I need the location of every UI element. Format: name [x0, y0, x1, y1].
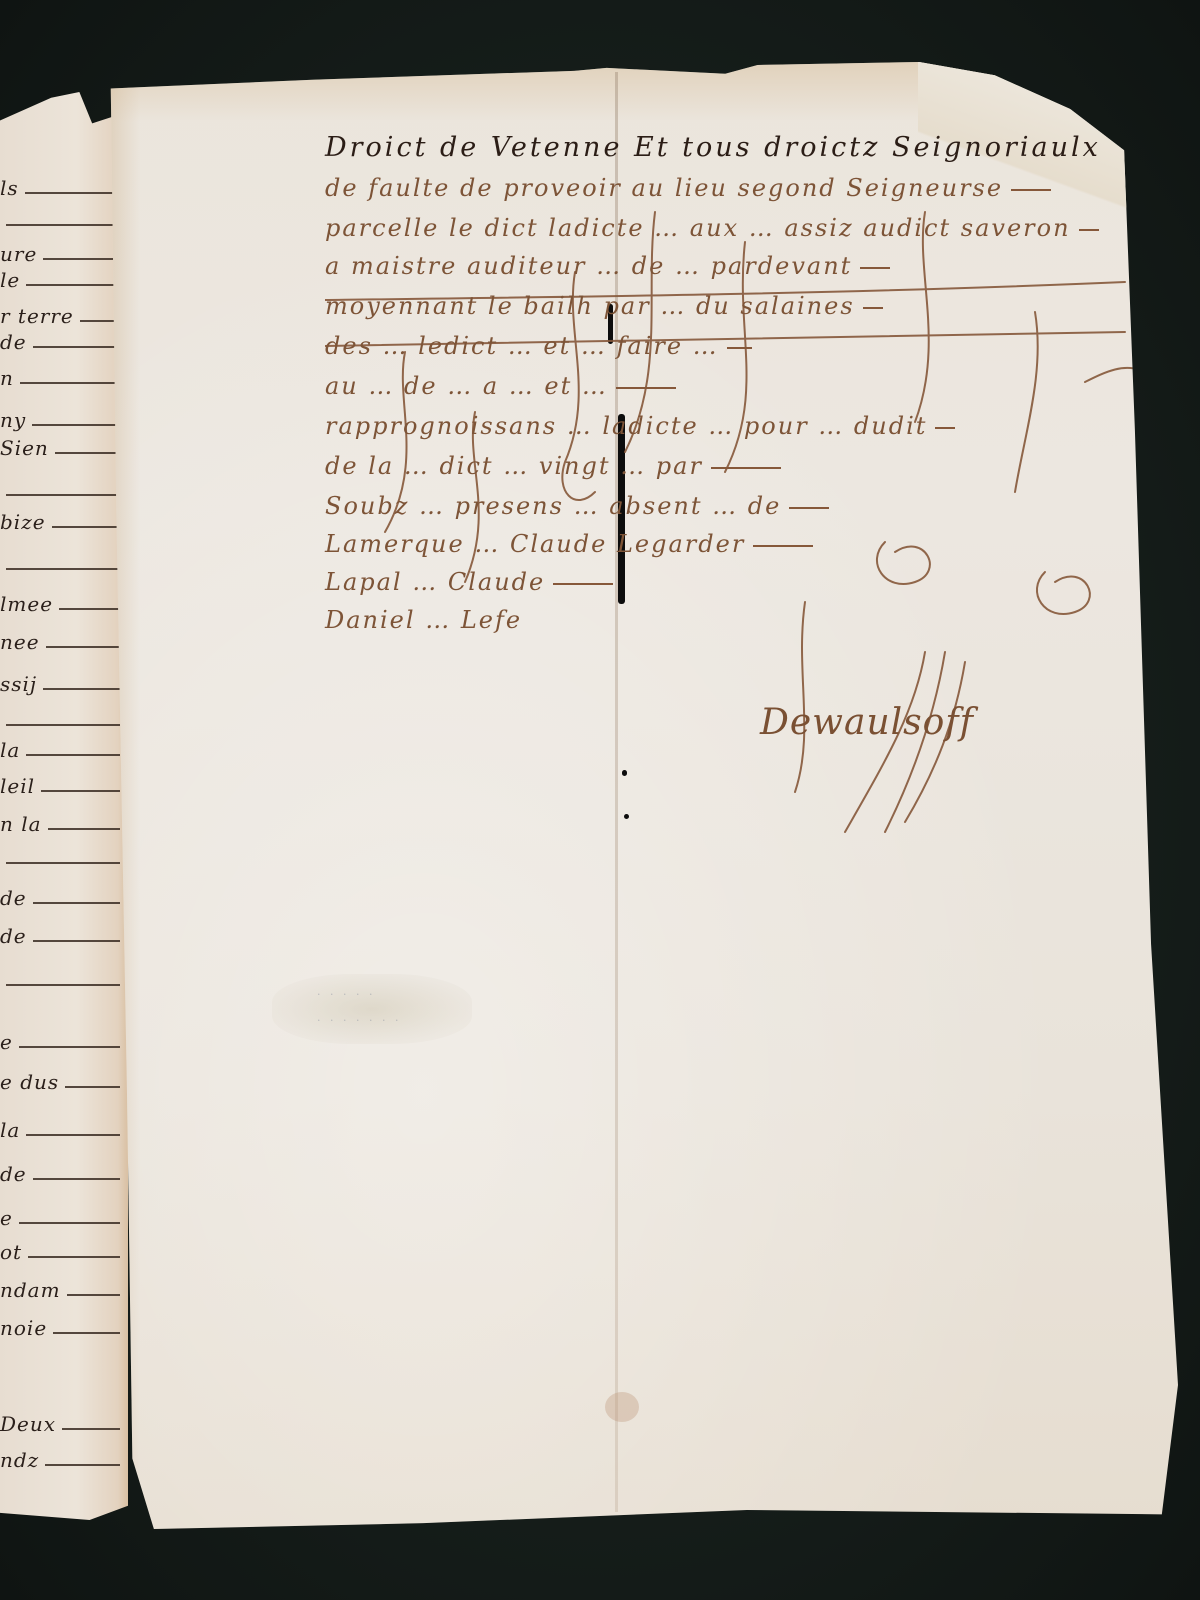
handwritten-line-text: au … de … a … et … [325, 372, 608, 400]
line-filler-stroke [6, 862, 120, 864]
line-filler-stroke [52, 526, 120, 528]
fragment-line [0, 710, 120, 732]
fragment-word: nee [0, 630, 40, 654]
fragment-line: lmee [0, 594, 120, 616]
handwritten-line-text: a maistre auditeur … de … pardevant [325, 252, 852, 280]
fragment-line: Deux [0, 1414, 120, 1436]
fragment-line: ndz [0, 1450, 120, 1472]
fragment-line: nee [0, 632, 120, 654]
fragment-line: Sien [0, 438, 120, 460]
line-filler-stroke [789, 507, 829, 509]
handwritten-line-text: Daniel … Lefe [325, 606, 522, 634]
handwritten-line: Lamerque … Claude Legarder [325, 530, 813, 558]
line-filler-stroke [6, 724, 120, 726]
handwritten-line-text: rapprognoissans … ladicte … pour … dudit [325, 412, 927, 440]
stamp-text: · · · · · · · [317, 1014, 401, 1027]
line-filler-stroke [6, 984, 120, 986]
line-filler-stroke [863, 307, 883, 309]
line-filler-stroke [1011, 189, 1051, 191]
handwritten-line-text: Lapal … Claude [325, 568, 545, 596]
fragment-word: bize [0, 510, 46, 534]
fragment-line: n [0, 368, 120, 390]
fold-tear-mark [624, 814, 629, 819]
handwritten-line: Daniel … Lefe [325, 606, 522, 634]
handwritten-line: a maistre auditeur … de … pardevant [325, 252, 890, 280]
line-filler-stroke [46, 646, 120, 648]
signature: Dewaulsoff [760, 702, 974, 743]
line-filler-stroke [25, 192, 120, 194]
handwritten-line: Soubz … presens … absent … de [325, 492, 829, 520]
fragment-line [0, 554, 120, 576]
line-filler-stroke [33, 1178, 120, 1180]
paper-stain [605, 1392, 639, 1422]
fragment-word: ls [0, 176, 19, 200]
fragment-word: Deux [0, 1412, 56, 1436]
handwritten-line-text: moyennant le bailh par … du salaines [325, 292, 855, 320]
fragment-word: la [0, 1118, 20, 1142]
fragment-line: de [0, 1164, 120, 1186]
handwritten-line-text: de faulte de proveoir au lieu segond Sei… [325, 174, 1003, 202]
fragment-word: de [0, 330, 27, 354]
fragment-word: le [0, 268, 20, 292]
line-filler-stroke [41, 790, 120, 792]
line-filler-stroke [26, 754, 120, 756]
fragment-word: la [0, 738, 20, 762]
faded-ink-stamp: · · · · · · · · · · · · [272, 974, 472, 1044]
fragment-line [0, 970, 120, 992]
fragment-word: lmee [0, 592, 53, 616]
fragment-word: n la [0, 812, 42, 836]
line-filler-stroke [53, 1332, 120, 1334]
line-filler-stroke [860, 267, 890, 269]
handwritten-line-text: Droict de Vetenne Et tous droictz Seigno… [325, 132, 1101, 163]
handwritten-line: des … ledict … et … faire … [325, 332, 752, 360]
line-filler-stroke [727, 347, 752, 349]
fragment-line: ny [0, 410, 120, 432]
line-filler-stroke [20, 382, 120, 384]
fragment-line: e [0, 1208, 120, 1230]
fragment-line: la [0, 740, 120, 762]
handwritten-line: parcelle le dict ladicte … aux … assiz a… [325, 214, 1099, 242]
fragment-line: leil [0, 776, 120, 798]
handwritten-line: Droict de Vetenne Et tous droictz Seigno… [325, 132, 1101, 163]
line-filler-stroke [553, 583, 613, 585]
line-filler-stroke [28, 1256, 120, 1258]
line-filler-stroke [19, 1222, 120, 1224]
line-filler-stroke [19, 1046, 120, 1048]
handwritten-line-text: des … ledict … et … faire … [325, 332, 719, 360]
fragment-word: ndz [0, 1448, 39, 1472]
handwritten-line: de faulte de proveoir au lieu segond Sei… [325, 174, 1051, 202]
fragment-word: de [0, 1162, 27, 1186]
fragment-line: de [0, 332, 120, 354]
fragment-word: de [0, 924, 27, 948]
line-filler-stroke [26, 284, 120, 286]
stamp-text: · · · · · [317, 988, 375, 1001]
line-filler-stroke [59, 608, 120, 610]
fragment-line: e [0, 1032, 120, 1054]
line-filler-stroke [43, 258, 120, 260]
fragment-line: n la [0, 814, 120, 836]
handwritten-line: de la … dict … vingt … par [325, 452, 781, 480]
fragment-word: ot [0, 1240, 22, 1264]
fragment-line: ssij [0, 674, 120, 696]
line-filler-stroke [33, 902, 120, 904]
fragment-word: leil [0, 774, 35, 798]
handwritten-line: moyennant le bailh par … du salaines [325, 292, 883, 320]
line-filler-stroke [48, 828, 120, 830]
fragment-word: ure [0, 242, 37, 266]
fragment-line: ure [0, 244, 120, 266]
fragment-word: n [0, 366, 14, 390]
line-filler-stroke [55, 452, 120, 454]
line-filler-stroke [32, 424, 120, 426]
center-fold-line [615, 72, 618, 1512]
fragment-line: ls [0, 178, 120, 200]
left-manuscript-fragment: lsureler terredennySienbizelmeeneessijla… [0, 92, 128, 1520]
line-filler-stroke [33, 346, 120, 348]
line-filler-stroke [711, 467, 781, 469]
fragment-line: e dus [0, 1072, 120, 1094]
fragment-line: ot [0, 1242, 120, 1264]
line-filler-stroke [33, 940, 120, 942]
line-filler-stroke [65, 1086, 120, 1088]
line-filler-stroke [616, 387, 676, 389]
line-filler-stroke [6, 224, 120, 226]
fragment-word: ny [0, 408, 26, 432]
handwritten-line: rapprognoissans … ladicte … pour … dudit [325, 412, 955, 440]
line-filler-stroke [1079, 229, 1099, 231]
line-filler-stroke [62, 1428, 120, 1430]
handwritten-line-text: de la … dict … vingt … par [325, 452, 703, 480]
fragment-word: ndam [0, 1278, 61, 1302]
handwritten-line: Lapal … Claude [325, 568, 613, 596]
line-filler-stroke [26, 1134, 120, 1136]
fold-tear-mark [622, 770, 627, 776]
line-filler-stroke [6, 568, 120, 570]
fragment-word: ssij [0, 672, 37, 696]
fragment-word: e dus [0, 1070, 59, 1094]
line-filler-stroke [45, 1464, 120, 1466]
fragment-word: e [0, 1206, 13, 1230]
fragment-line: la [0, 1120, 120, 1142]
line-filler-stroke [67, 1294, 120, 1296]
fragment-line: noie [0, 1318, 120, 1340]
fragment-line: le [0, 270, 120, 292]
fragment-line: r terre [0, 306, 120, 328]
fragment-line: de [0, 926, 120, 948]
fragment-word: e [0, 1030, 13, 1054]
fragment-line: ndam [0, 1280, 120, 1302]
handwritten-line: au … de … a … et … [325, 372, 676, 400]
fragment-word: noie [0, 1316, 47, 1340]
line-filler-stroke [753, 545, 813, 547]
line-filler-stroke [43, 688, 120, 690]
fragment-word: r terre [0, 304, 74, 328]
fragment-line: bize [0, 512, 120, 534]
fragment-word: de [0, 886, 27, 910]
line-filler-stroke [935, 427, 955, 429]
handwritten-line-text: Lamerque … Claude Legarder [325, 530, 745, 558]
main-manuscript-sheet: · · · · · · · · · · · · [100, 62, 1178, 1532]
fragment-line [0, 480, 120, 502]
fragment-word: Sien [0, 436, 49, 460]
fragment-line [0, 848, 120, 870]
handwritten-line-text: Soubz … presens … absent … de [325, 492, 781, 520]
fragment-line [0, 210, 120, 232]
handwritten-line-text: parcelle le dict ladicte … aux … assiz a… [325, 214, 1071, 242]
line-filler-stroke [6, 494, 120, 496]
fragment-line: de [0, 888, 120, 910]
